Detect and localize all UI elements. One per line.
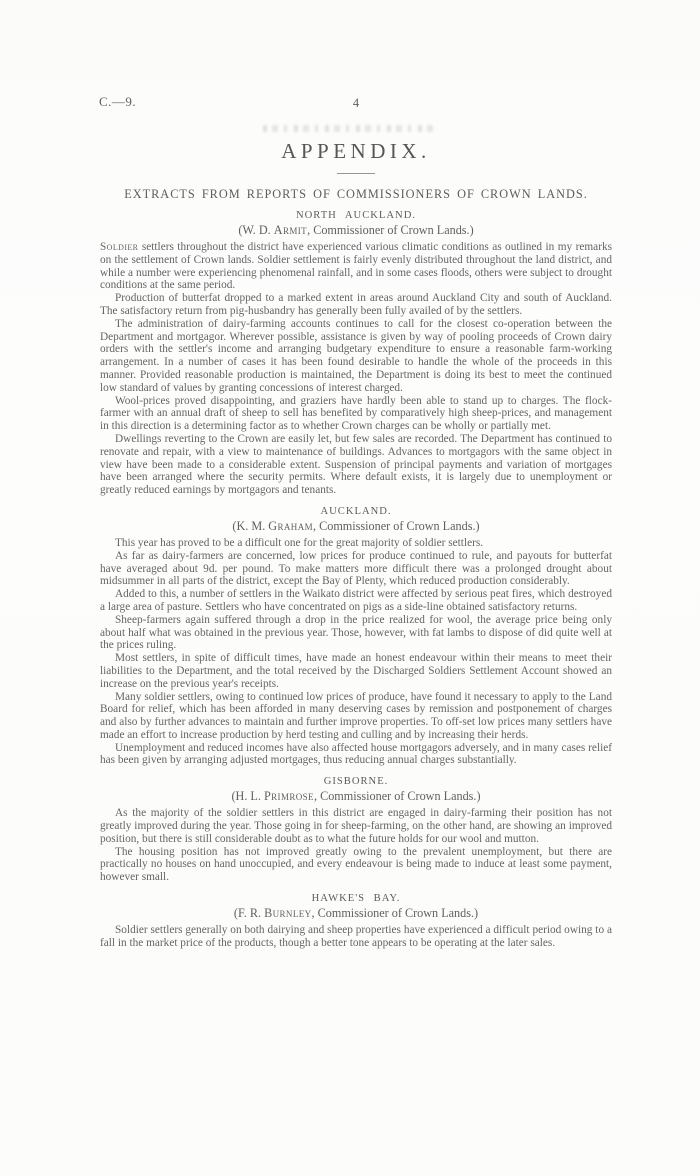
text-column: APPENDIX. EXTRACTS FROM REPORTS OF COMMI… — [100, 0, 612, 950]
document-subtitle: EXTRACTS FROM REPORTS OF COMMISSIONERS O… — [100, 187, 612, 201]
section-byline: (W. D. Armit, Commissioner of Crown Land… — [100, 223, 612, 237]
section-heading: AUCKLAND. — [100, 505, 612, 518]
title-rule — [337, 173, 375, 174]
report-section: AUCKLAND.(K. M. Graham, Commissioner of … — [100, 505, 612, 767]
paragraph: The administration of dairy-farming acco… — [100, 318, 612, 395]
section-byline: (F. R. Burnley, Commissioner of Crown La… — [100, 906, 612, 920]
paragraph: Dwellings reverting to the Crown are eas… — [100, 433, 612, 497]
commissioner-name: Graham — [268, 519, 313, 533]
report-section: HAWKE'S BAY.(F. R. Burnley, Commissioner… — [100, 892, 612, 950]
paragraph: This year has proved to be a difficult o… — [100, 537, 612, 550]
paragraph: Wool-prices proved disappointing, and gr… — [100, 395, 612, 433]
paragraph: As the majority of the soldier settlers … — [100, 807, 612, 845]
scanned-report-page: C.—9. 4 APPENDIX. EXTRACTS FROM REPORTS … — [0, 0, 700, 1176]
paragraph: Soldier settlers generally on both dairy… — [100, 924, 612, 950]
section-heading: HAWKE'S BAY. — [100, 892, 612, 905]
paragraph: Sheep-farmers again suffered through a d… — [100, 614, 612, 652]
paragraph: Many soldier settlers, owing to continue… — [100, 691, 612, 742]
paragraph: Added to this, a number of settlers in t… — [100, 588, 612, 614]
commissioner-name: Armit — [274, 223, 307, 237]
paragraph: As far as dairy-farmers are concerned, l… — [100, 550, 612, 588]
section-heading: NORTH AUCKLAND. — [100, 209, 612, 222]
paragraph: The housing position has not improved gr… — [100, 846, 612, 884]
commissioner-name: Primrose — [264, 789, 314, 803]
report-section: NORTH AUCKLAND.(W. D. Armit, Commissione… — [100, 209, 612, 497]
paragraph: Soldier settlers throughout the district… — [100, 241, 612, 292]
lead-word: Soldier — [100, 241, 138, 253]
section-heading: GISBORNE. — [100, 775, 612, 788]
paragraph: Most settlers, in spite of difficult tim… — [100, 652, 612, 690]
section-byline: (K. M. Graham, Commissioner of Crown Lan… — [100, 519, 612, 533]
paragraph: Unemployment and reduced incomes have al… — [100, 742, 612, 768]
commissioner-name: Burnley — [264, 906, 311, 920]
appendix-title: APPENDIX. — [100, 140, 612, 163]
paragraph: Production of butterfat dropped to a mar… — [100, 292, 612, 318]
sections: NORTH AUCKLAND.(W. D. Armit, Commissione… — [100, 209, 612, 950]
section-byline: (H. L. Primrose, Commissioner of Crown L… — [100, 789, 612, 803]
report-section: GISBORNE.(H. L. Primrose, Commissioner o… — [100, 775, 612, 884]
